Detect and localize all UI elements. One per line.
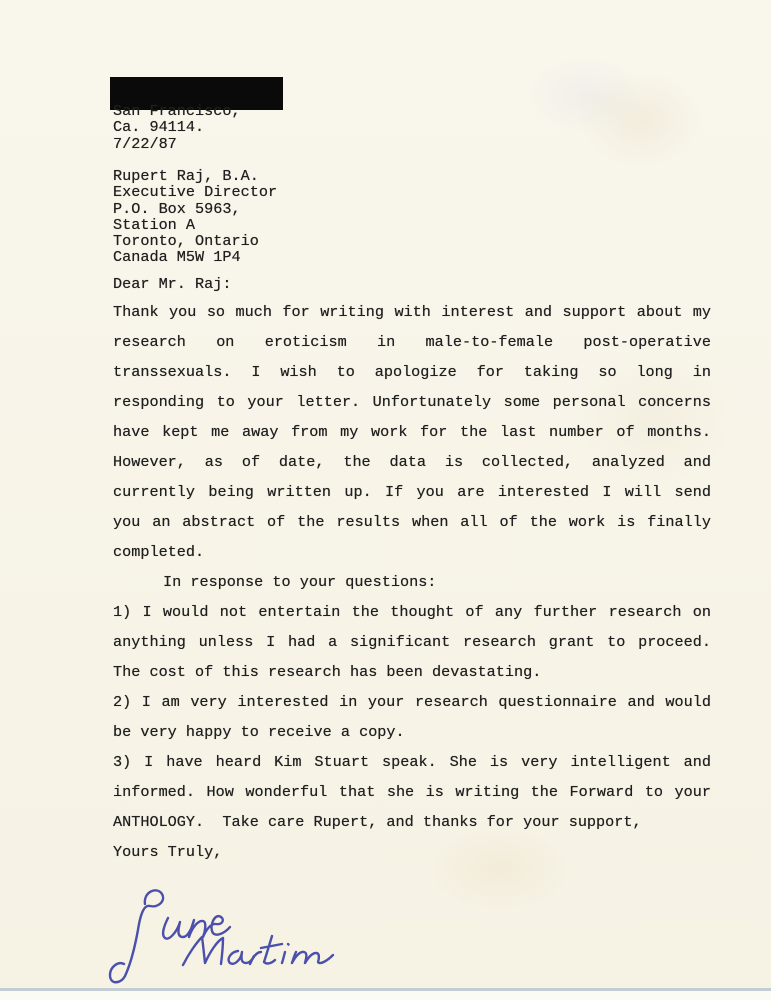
signature [105,880,395,992]
address-line: P.O. Box 5963, [113,201,277,217]
body-line: be very happy to receive a copy. [113,717,711,747]
letter-page: San Francisco,Ca. 94114.7/22/87 Rupert R… [0,0,771,1000]
letter-body: Thank you so much for writing with inter… [113,297,711,867]
body-line: The cost of this research has been devas… [113,657,711,687]
body-line: Thank you so much for writing with inter… [113,297,711,327]
closing-line: Yours Truly, [113,837,711,867]
body-line: ANTHOLOGY. Take care Rupert, and thanks … [113,807,711,837]
address-line: 7/22/87 [113,136,241,152]
signature-martin-stroke [292,952,333,963]
signature-martin-stroke [261,936,282,963]
address-line: Executive Director [113,184,277,200]
body-line: anything unless I had a significant rese… [113,627,711,657]
address-line: Toronto, Ontario [113,233,277,249]
address-line: Canada M5W 1P4 [113,249,277,265]
body-line: However, as of date, the data is collect… [113,447,711,477]
signature-martin-stroke [183,937,223,965]
sender-address-block: San Francisco,Ca. 94114.7/22/87 [113,103,241,152]
body-line: currently being written up. If you are i… [113,477,711,507]
body-line: In response to your questions: [113,567,711,597]
recipient-address-block: Rupert Raj, B.A.Executive DirectorP.O. B… [113,168,277,266]
body-line: completed. [113,537,711,567]
body-line: 2) I am very interested in your research… [113,687,711,717]
body-line: have kept me away from my work for the l… [113,417,711,447]
body-line: you an abstract of the results when all … [113,507,711,537]
address-line: Rupert Raj, B.A. [113,168,277,184]
body-line: informed. How wonderful that she is writ… [113,777,711,807]
signature-june-stroke [163,916,230,938]
address-line: Station A [113,217,277,233]
signature-martin-stroke [282,944,289,963]
scan-edge [0,988,771,1000]
body-line: transsexuals. I wish to apologize for ta… [113,357,711,387]
body-line: 3) I have heard Kim Stuart speak. She is… [113,747,711,777]
body-line: research on eroticism in male-to-female … [113,327,711,357]
body-line: 1) I would not entertain the thought of … [113,597,711,627]
address-line: San Francisco, [113,103,241,119]
address-line: Ca. 94114. [113,119,241,135]
signature-june-stroke [110,890,163,982]
salutation: Dear Mr. Raj: [113,276,231,293]
body-line: responding to your letter. Unfortunately… [113,387,711,417]
signature-martin-stroke [229,951,261,964]
